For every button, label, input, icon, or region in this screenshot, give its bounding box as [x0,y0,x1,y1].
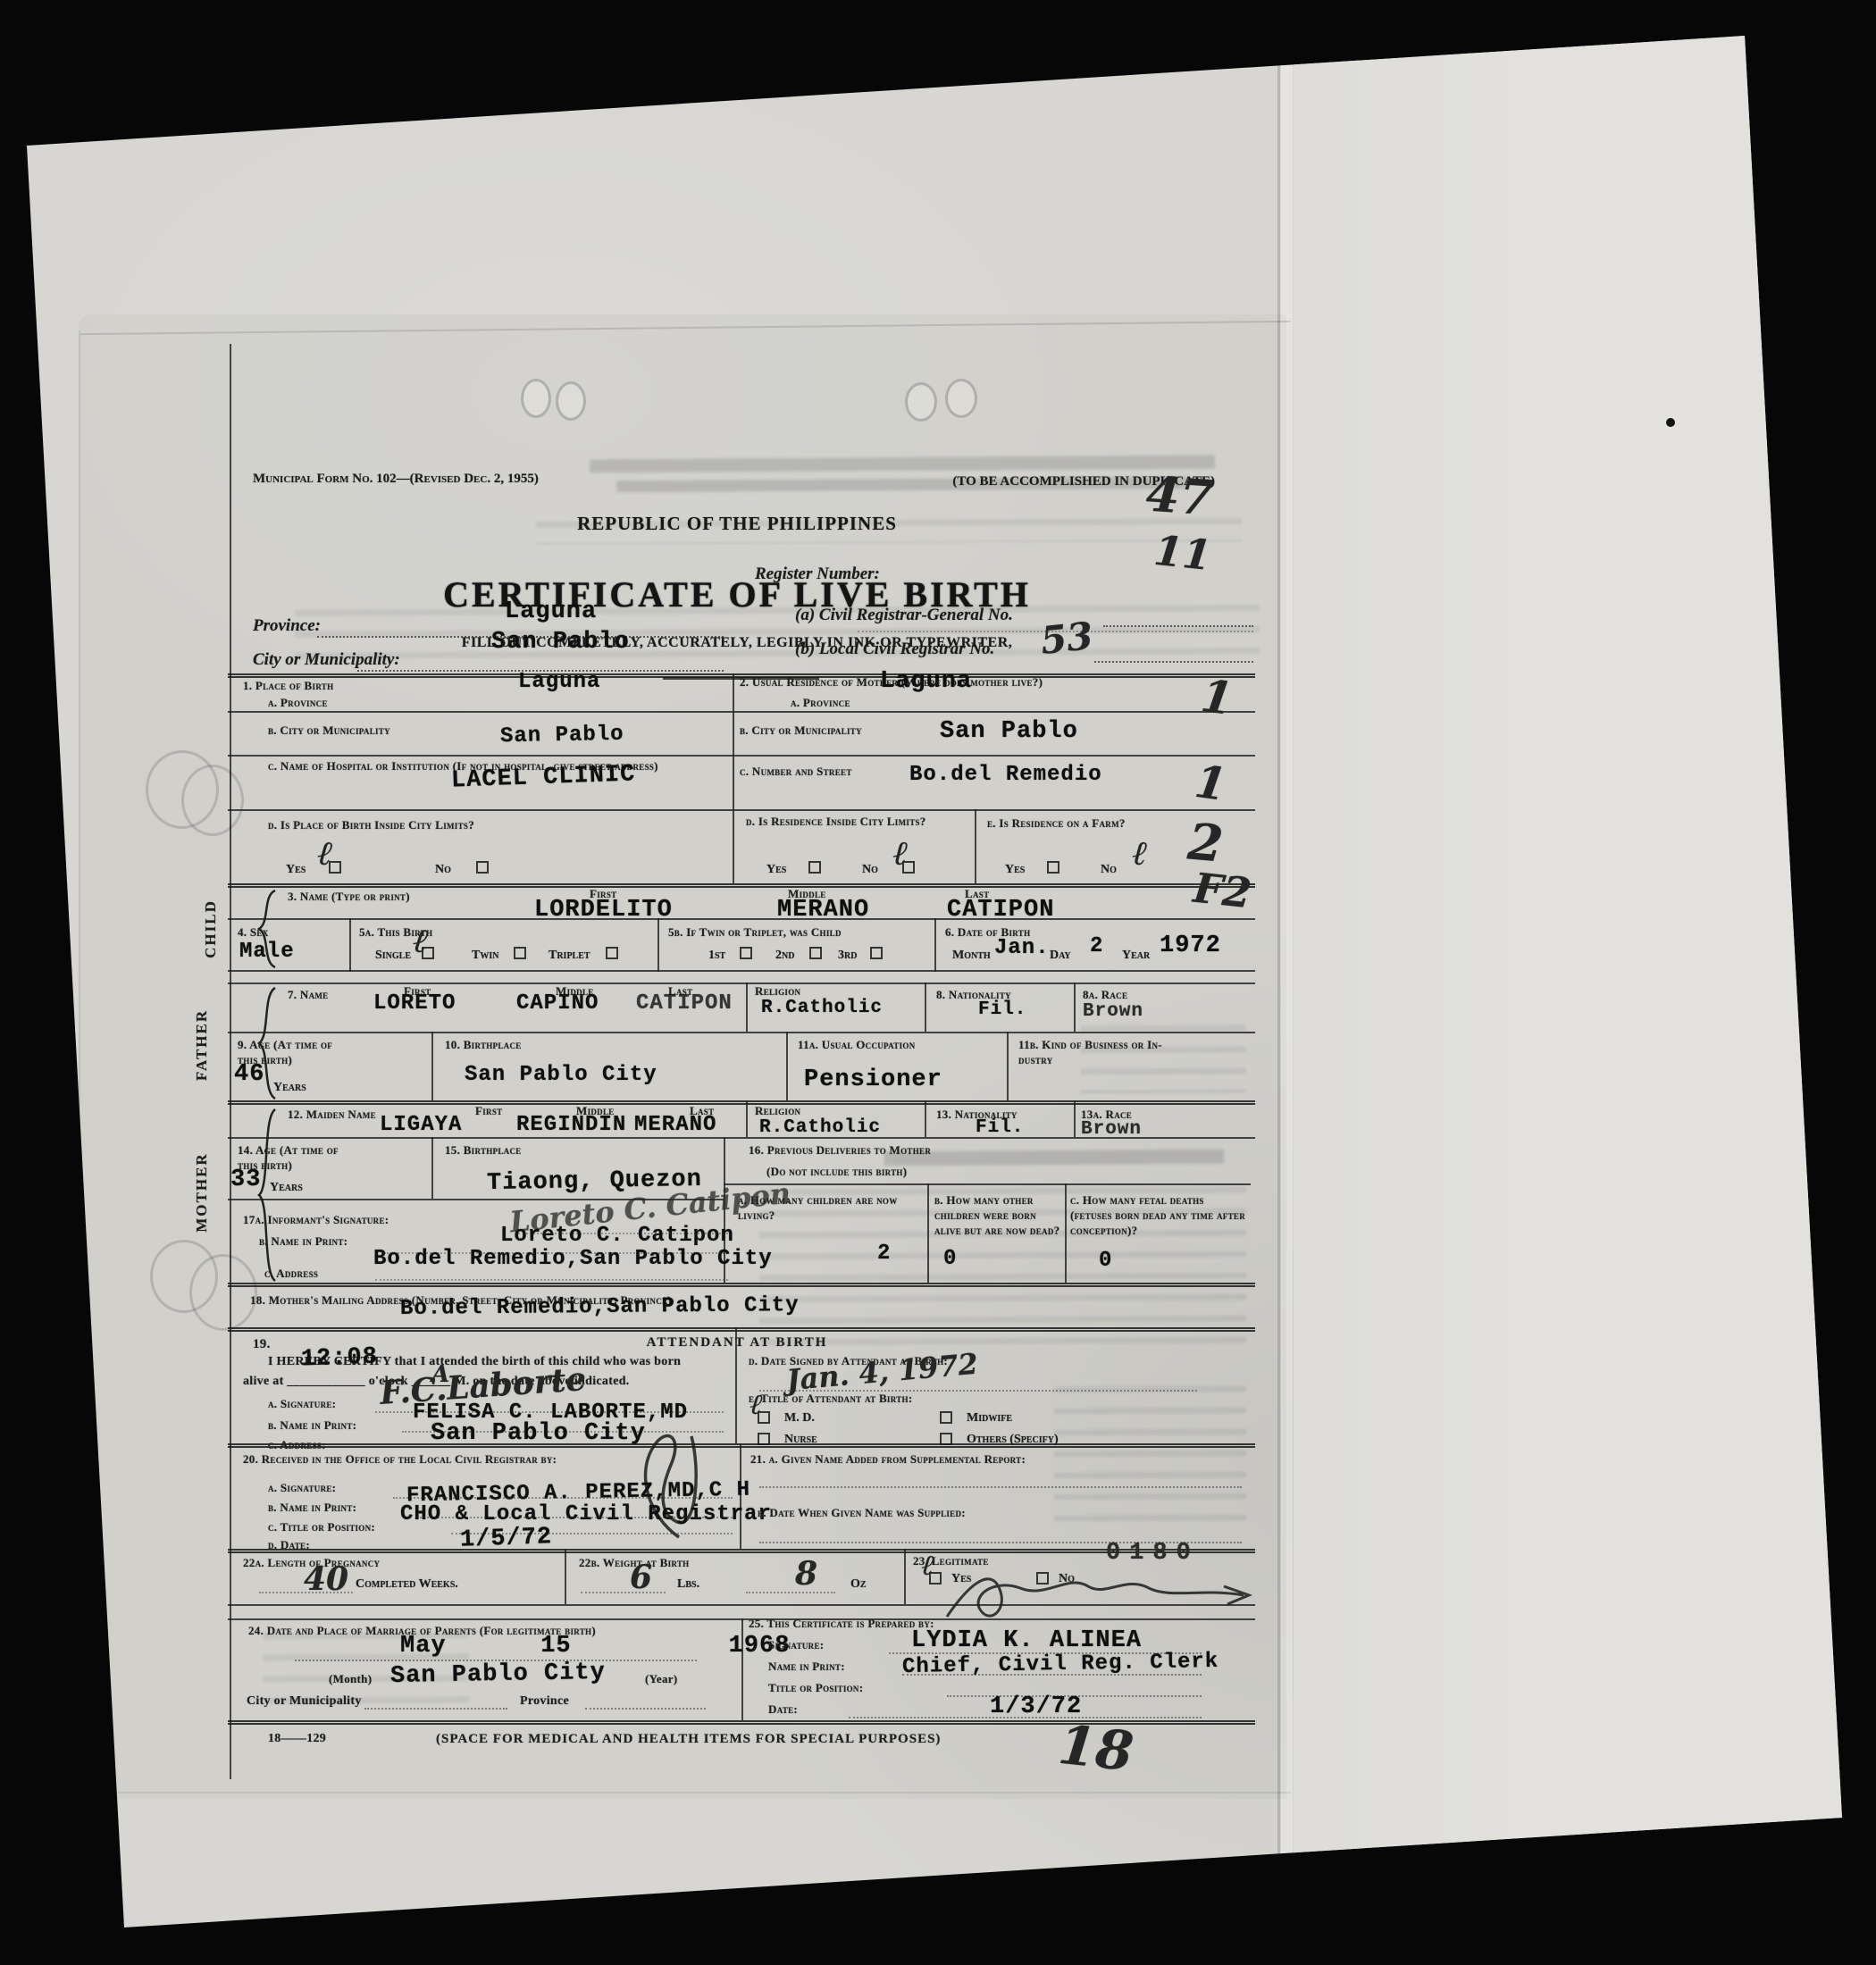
month-value: Jan. [994,938,1050,959]
column-divider [746,1100,748,1137]
margin-number: F2 [1192,867,1253,915]
father-name-label: 7. Name [288,988,329,1003]
informant-signature-label: 17a. Informant's Signature: [243,1213,389,1228]
pregnancy-value: 40 [304,1563,348,1595]
residence-city-label: b. City or Municipality [740,723,862,739]
attendant-number: 19. [253,1336,271,1354]
register-number-label: Register Number: [755,564,880,585]
column-divider [733,673,734,883]
father-birthplace-label: 10. Birthplace [445,1038,522,1053]
father-last-name: CATIPON [636,993,733,1015]
father-birthplace-value: San Pablo City [465,1065,657,1086]
column-divider [1065,1183,1067,1283]
street-value: Bo.del Remedio [909,765,1102,786]
rule-line [228,883,1255,888]
second-born-label: 2nd [775,949,794,964]
marriage-month-label: (Month) [329,1672,372,1687]
registrar-position: CHO & Local Civil Registrar [400,1504,772,1526]
rule-line [228,1443,1255,1448]
farm-yes-label: Yes [1005,863,1025,878]
punch-hole [556,381,586,421]
single-label: Single [375,949,411,964]
twin-checkbox [514,947,526,959]
mother-middle-name: REGINDIN [516,1115,626,1136]
column-divider [904,1549,906,1604]
supplemental-a-line [759,1486,1242,1488]
farm-no-label: No [1101,863,1117,878]
weight-oz-line [746,1592,835,1593]
farm-yes-checkbox [1047,861,1059,874]
civil-registrar-general-label: (a) Civil Registrar-General No. [795,606,1013,626]
margin-number: 47 [1144,469,1215,522]
registrar-name-line [420,1517,733,1518]
attendant-type-label: e. Title of Attendant at Birth: [749,1392,912,1407]
informant-name: Loreto C. Catipon [500,1225,734,1247]
attendant-name-label: b. Name in Print: [268,1418,356,1434]
mother-first-name: LIGAYA [380,1115,462,1136]
informant-signature-line [518,1233,728,1234]
rule-line [228,918,1255,920]
place-city-label: b. City or Municipality [268,723,390,739]
rule-line [228,755,1255,757]
binding-rule-line [230,344,231,1779]
triplet-label: Triplet [549,949,590,964]
weight-lbs-line [581,1592,666,1593]
residence-limits-no-label: No [862,863,878,878]
father-age-value: 46 [234,1063,264,1087]
rule-line [228,1549,1255,1553]
residence-province-value: Laguna [880,670,972,694]
day-value: 2 [1090,936,1103,957]
deliveries-label: 16. Previous Deliveries to Mother [749,1143,931,1158]
triplet-checkbox [606,947,618,959]
father-age-label: 9. Age (At time of this birth) [238,1038,425,1068]
nurse-checkbox [758,1433,770,1445]
punch-hole [521,379,551,418]
ink-speck [1666,418,1675,427]
ring-stain [189,1254,257,1331]
residence-label: 2. Usual Residence of Mother (Where does… [740,675,1240,690]
year-label: Year [1122,949,1150,964]
pregnancy-weeks-label: Completed Weeks. [356,1577,458,1593]
local-civil-registrar-label: (b) Local Civil Registrar No. [795,640,994,660]
civil-registrar-general-line [1103,625,1253,627]
deliveries-c-value: 0 [1099,1250,1112,1272]
local-civil-registrar-line [1094,661,1253,663]
supplemental-b-label: b. Date When Given Name was Supplied: [758,1506,966,1521]
mother-section-label: MOTHER [194,1143,209,1242]
registrar-signature-line [393,1497,733,1499]
column-divider [1007,1032,1009,1100]
deliveries-a-value: 2 [877,1243,891,1265]
father-nationality-value: Fil. [978,1000,1026,1019]
place-of-birth-label: 1. Place of Birth [243,679,333,694]
local-civil-registrar-value: 53 [1039,617,1095,660]
second-born-checkbox [809,947,822,959]
pregnancy-line [259,1592,353,1593]
place-limits-no-label: No [435,863,451,878]
deliveries-c-label: c. How many fetal deaths (fetuses born d… [1070,1193,1249,1239]
father-middle-name: CAPINO [516,993,599,1015]
child-first-name: LORDELITO [534,899,673,923]
margin-number: 18 [1056,1718,1135,1779]
column-divider [431,1137,433,1199]
attendant-address: San Pablo City [431,1422,646,1446]
check-mark-icon: ℓ [1131,835,1149,870]
marriage-city-line [364,1708,507,1710]
margin-number: 1 [1199,673,1235,722]
child-section-label: CHILD [203,889,218,969]
blank-right-page [1294,0,1865,1965]
child-last-name: CATIPON [947,899,1054,923]
column-divider [927,1183,929,1283]
place-limits-no-checkbox [476,861,489,874]
sheet-left-edge [79,330,80,1795]
margin-number: 2 [1186,816,1226,869]
birth-time-value: 12:08 [301,1346,379,1373]
weight-lbs-label: Lbs. [677,1577,699,1593]
sex-value: Male [239,941,295,963]
place-limits-label: d. Is Place of Birth Inside City Limits? [268,818,474,833]
residence-city-value: San Pablo [940,720,1078,744]
weight-oz-label: Oz [850,1577,867,1593]
rule-line [724,1183,1251,1185]
mother-age-label: 14. Age (At time of this birth) [238,1143,425,1174]
prepared-position: Chief, Civil Reg. Clerk [902,1651,1219,1678]
binding-label: RESERVE FOR BINDING [11,880,29,1291]
sex-label: 4. Sex [238,925,269,941]
weight-lbs-value: 6 [630,1561,652,1593]
registrar-name-label: b. Name in Print: [268,1501,356,1516]
mother-name-label: 12. Maiden Name [288,1108,376,1123]
rule-line [228,711,1255,713]
twin-label: Twin [472,949,498,964]
informant-address-line [375,1279,728,1281]
column-divider [1074,1100,1076,1137]
rule-line [228,1032,1255,1033]
mother-religion-value: R.Catholic [759,1118,881,1137]
marriage-date: May 15 1968 [400,1635,790,1659]
attendant-title: ATTENDANT AT BIRTH [572,1334,902,1352]
mother-age-value: 33 [230,1168,261,1192]
year-value: 1972 [1160,934,1221,958]
weight-oz-value: 8 [795,1558,817,1590]
place-limits-yes-label: Yes [286,863,306,878]
form-number: Municipal Form No. 102—(Revised Dec. 2, … [253,471,539,487]
punch-hole [905,382,937,422]
check-mark-icon: ℓ [749,1389,764,1418]
marriage-place: San Pablo City [390,1661,606,1689]
father-occupation-value: Pensioner [804,1068,942,1092]
midwife-checkbox [940,1411,952,1424]
column-divider [1074,982,1076,1032]
column-divider [565,1549,566,1604]
mother-nationality-value: Fil. [976,1118,1024,1137]
registrar-signature-label: a. Signature: [268,1481,336,1496]
midwife-label: Midwife [967,1411,1012,1426]
father-section-label: FATHER [194,996,209,1094]
first-column-label: First [475,1104,502,1119]
marriage-province-line [585,1708,706,1710]
informant-name-line [384,1252,728,1254]
father-occupation-label: 11a. Usual Occupation [798,1038,916,1053]
place-city-value: San Pablo [500,724,624,748]
republic-heading: REPUBLIC OF THE PHILIPPINES [500,514,974,533]
month-label: Month [952,949,991,964]
mother-birthplace-label: 15. Birthplace [445,1143,522,1158]
mailing-address-value: Bo.del Remedio,San Pablo City [400,1295,800,1320]
show-through-text [884,1150,1224,1166]
prepared-position-label: Title or Position: [768,1681,863,1696]
child-name-label: 3. Name (Type or print) [288,890,410,905]
others-label: Others (Specify) [967,1433,1059,1448]
city-label: City or Municipality: [253,650,400,671]
sheet-bottom-edge [85,1792,1291,1794]
father-race-value: Brown [1083,1002,1143,1021]
third-born-label: 3rd [838,949,857,964]
mother-age-years-label: Years [270,1181,303,1196]
first-born-checkbox [740,947,752,959]
father-first-name: LORETO [373,993,456,1015]
column-divider [349,918,351,972]
registrar-date: 1/5/72 [460,1526,553,1553]
ring-stain [181,765,244,836]
rule-line [228,970,1255,972]
place-province-value: Laguna [518,672,600,693]
city-value: San Pablo [491,631,630,655]
province-value: Laguna [505,600,597,624]
column-divider [786,1032,788,1100]
registrar-date-label: d. Date: [268,1538,310,1553]
rule-line [228,809,1255,811]
footer-note: (SPACE FOR MEDICAL AND HEALTH ITEMS FOR … [436,1731,941,1749]
attendant-signature-label: a. Signature: [268,1397,336,1412]
place-province-label: a. Province [268,696,328,711]
residence-limits-yes-checkbox [808,861,821,874]
column-divider [925,1100,926,1137]
scanned-page: RESERVE FOR BINDING CHILD FATHER MOTHER … [0,0,1876,1965]
mother-race-value: Brown [1081,1120,1142,1139]
informant-name-label: b. Name in Print: [259,1234,348,1250]
column-divider [657,918,659,972]
column-divider [746,982,748,1032]
nurse-label: Nurse [784,1433,817,1448]
rule-line [228,982,1255,984]
residence-limits-label: d. Is Residence Inside City Limits? [746,815,974,830]
others-checkbox [940,1433,952,1445]
father-religion-value: R.Catholic [761,999,883,1017]
supplemental-a-label: 21. a. Given Name Added from Supplementa… [750,1452,1251,1467]
child-middle-name: MERANO [777,899,869,923]
check-mark-icon: ℓ [920,1550,935,1579]
margin-number: 11 [1152,530,1213,576]
residence-limits-yes-label: Yes [766,863,786,878]
punch-hole [945,379,977,418]
day-label: Day [1050,949,1071,964]
prepared-signature-label: Signature: [768,1638,824,1653]
marriage-city-label: City or Municipality [247,1693,362,1710]
province-label: Province: [253,616,321,637]
mother-last-name: MERANO [634,1115,716,1136]
third-born-checkbox [870,947,883,959]
prepared-name-label: Name in Print: [768,1660,845,1675]
father-business-label: 11b. Kind of Business or In- dustry [1018,1038,1246,1068]
hospital-value: LACEL CLINIC [451,763,636,793]
column-divider [975,809,976,883]
prepared-date-label: Date: [768,1702,798,1718]
residence-province-label: a. Province [791,696,850,711]
md-label: M. D. [784,1411,815,1426]
twin-order-label: 5b. If Twin or Triplet, was Child [668,925,936,941]
column-divider [925,982,926,1032]
street-label: c. Number and Street [740,765,852,780]
footer-code: 18——129 [268,1731,326,1747]
father-age-years-label: Years [273,1081,306,1096]
rule-line [228,1283,1255,1287]
deliveries-b-label: b. How many other children were born ali… [934,1193,1061,1239]
marriage-year-label: (Year) [645,1672,677,1687]
attendant-address-label: c. Address: [268,1438,326,1453]
prepared-name: LYDIA K. ALINEA [911,1629,1142,1653]
margin-number: 1 [1193,759,1229,807]
registrar-position-label: c. Title or Position: [268,1520,375,1535]
column-divider [431,1032,433,1100]
deliveries-b-value: 0 [943,1249,957,1270]
marriage-province-label: Province [520,1693,569,1710]
first-born-label: 1st [708,949,725,964]
informant-address-label: c. Address [264,1267,318,1282]
rule-line [228,1327,1255,1332]
check-mark-icon: ℓ [892,835,909,870]
rule-line [228,1100,1255,1105]
